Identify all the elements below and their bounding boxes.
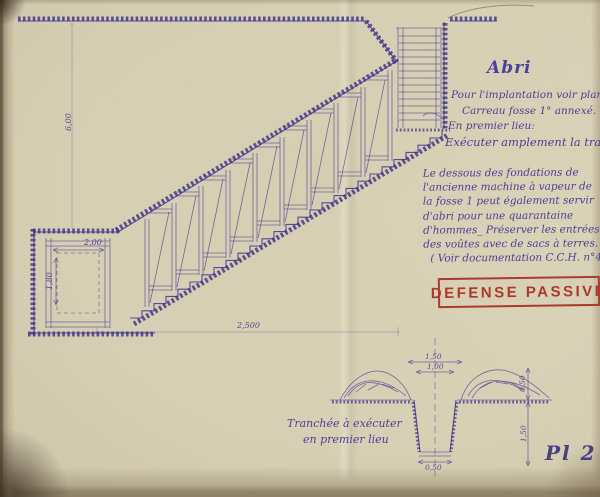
ladder-rungs [399, 36, 440, 120]
paragraph-line: la fosse 1 peut également servir [423, 194, 600, 209]
trench-caption-line: en premier lieu [303, 433, 389, 446]
page-title: Abri [487, 58, 532, 78]
dim-trench-top-width: 1,50 [425, 352, 442, 361]
instruction-line: Pour l'implantation voir plan [451, 89, 600, 101]
paragraph-line: d'hommes_ Préserver les entrées [423, 222, 600, 237]
steps [130, 131, 442, 318]
dim-shaft-depth: 6,00 [64, 113, 73, 131]
paragraph-line: Le dessous des fondations de [423, 165, 600, 180]
dim-trench-opening: 1,00 [427, 362, 444, 371]
chamber-height-arrow [54, 258, 58, 305]
spoil-mound-right [461, 370, 549, 400]
scanned-plan-page: { "colors": { "ink": "#4a3b92", "hatch":… [0, 0, 600, 497]
instruction-line: En premier lieu: [448, 120, 535, 132]
instruction-line: Exécuter amplement la tranchée [445, 135, 600, 149]
dim-chamber-width: 2,00 [84, 238, 102, 247]
plate-number: Pl 2 [545, 441, 597, 465]
paragraph-line: d'abri pour une quarantaine [423, 208, 600, 223]
stamp-text: DEFENSE PASSIVE [431, 282, 600, 301]
chamber-width-arrow [53, 248, 104, 252]
dim-mound-height: 0,50 [518, 375, 527, 392]
dimension-lines [70, 24, 400, 336]
pencil-crease-line [448, 5, 534, 18]
access-shaft [366, 21, 450, 130]
paragraph-line: ( Voir documentation C.C.H. n°4) [430, 251, 600, 266]
trench-dimension-arrows [408, 360, 530, 466]
defense-passive-stamp: DEFENSE PASSIVE [438, 276, 600, 308]
dim-chamber-height: 1,80 [45, 272, 54, 290]
ground-surface [18, 5, 534, 21]
notes-paragraph: Le dessous des fondations de l'ancienne … [423, 165, 600, 266]
trench-caption-line: Tranchée à exécuter [287, 417, 402, 430]
chamber-inner-dashed [57, 253, 99, 313]
dim-trench-bottom: 0,50 [425, 463, 442, 472]
paragraph-line: des voûtes avec de sacs à terres. [423, 236, 600, 251]
dim-incline-run: 2,500 [237, 321, 260, 330]
frame-bottom-beams [149, 156, 388, 290]
instruction-line: Carreau fosse 1° annexé. [462, 105, 596, 117]
spoil-mound-left [340, 371, 411, 400]
frame-diagonal-braces [150, 80, 385, 303]
paragraph-line: l'ancienne machine à vapeur de [423, 180, 600, 195]
frame-top-beams [149, 76, 388, 213]
dim-trench-depth: 1,50 [519, 425, 528, 442]
